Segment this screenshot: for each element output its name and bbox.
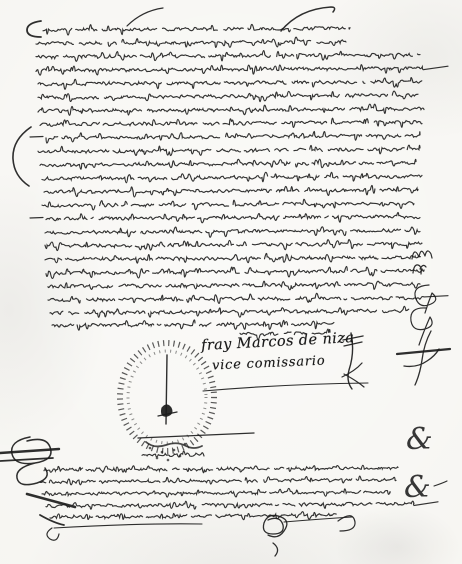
- handwriting-line: [38, 78, 422, 90]
- handwriting-line: [38, 104, 424, 115]
- manuscript-page: && fray Marcos de niza vice comissario: [0, 0, 462, 564]
- seal-baseline-flourish: [138, 433, 254, 438]
- handwriting-line: [48, 281, 420, 290]
- handwriting-line: [46, 266, 424, 278]
- handwriting-line-bottom: [42, 488, 390, 497]
- sig-underline-flourish: [203, 383, 368, 391]
- handwriting-line: [45, 240, 422, 251]
- handwriting-line: [36, 37, 346, 47]
- para2-underline-1-flourish: [54, 524, 202, 528]
- seal-ink-dot: [179, 455, 182, 458]
- handwriting-line-bottom: [46, 501, 438, 509]
- handwriting-line: [48, 293, 448, 303]
- seal-figure-flourish: [162, 405, 172, 416]
- handwriting-line: [38, 91, 418, 102]
- handwriting-ink-layer: &&: [0, 0, 462, 564]
- handwriting-line: [36, 65, 448, 75]
- margin-amp2-tail-flourish: [434, 481, 447, 486]
- handwriting-line: [50, 306, 409, 317]
- handwriting-line: [30, 131, 420, 143]
- handwriting-line: [40, 159, 416, 169]
- handwriting-line: [52, 320, 334, 330]
- top-ascender-1-flourish: [127, 8, 163, 26]
- seal-ink-dot: [161, 451, 164, 454]
- handwriting-line-bottom: [50, 512, 336, 520]
- handwriting-line: [30, 213, 420, 223]
- seal-ink-dot: [173, 449, 176, 452]
- para2-underline-2-flourish: [284, 517, 352, 522]
- para2-underline-loop-flourish: [47, 528, 59, 540]
- handwriting-line: [42, 172, 422, 182]
- margin-mark-m-flourish: [412, 251, 432, 259]
- handwriting-line: [36, 51, 420, 62]
- margin-mark-loop2-flourish: [411, 308, 432, 345]
- bottomleft-bar1-flourish: [0, 449, 59, 453]
- para2-knot-flourish: [263, 515, 286, 556]
- handwriting-line: [42, 199, 414, 210]
- handwriting-line: [38, 145, 420, 155]
- left-margin-paren-flourish: [13, 127, 31, 186]
- handwriting-line: [43, 24, 350, 35]
- handwriting-line-bottom: [44, 465, 398, 472]
- seal-ink-dot: [167, 459, 170, 462]
- margin-ampersand-rubric: &: [406, 422, 433, 457]
- seal-ink-dot: [156, 457, 159, 460]
- line1-initial-paraph-flourish: [27, 21, 41, 37]
- handwriting-line: [40, 118, 422, 127]
- bottomleft-diagonal2-flourish: [40, 515, 64, 525]
- handwriting-line: [45, 227, 420, 238]
- handwriting-line-bottom: [40, 476, 396, 485]
- handwriting-line: [45, 253, 420, 263]
- margin-ampersand-rubric: &: [404, 470, 431, 505]
- handwriting-line: [44, 186, 418, 197]
- seal-ink-dot: [149, 447, 152, 450]
